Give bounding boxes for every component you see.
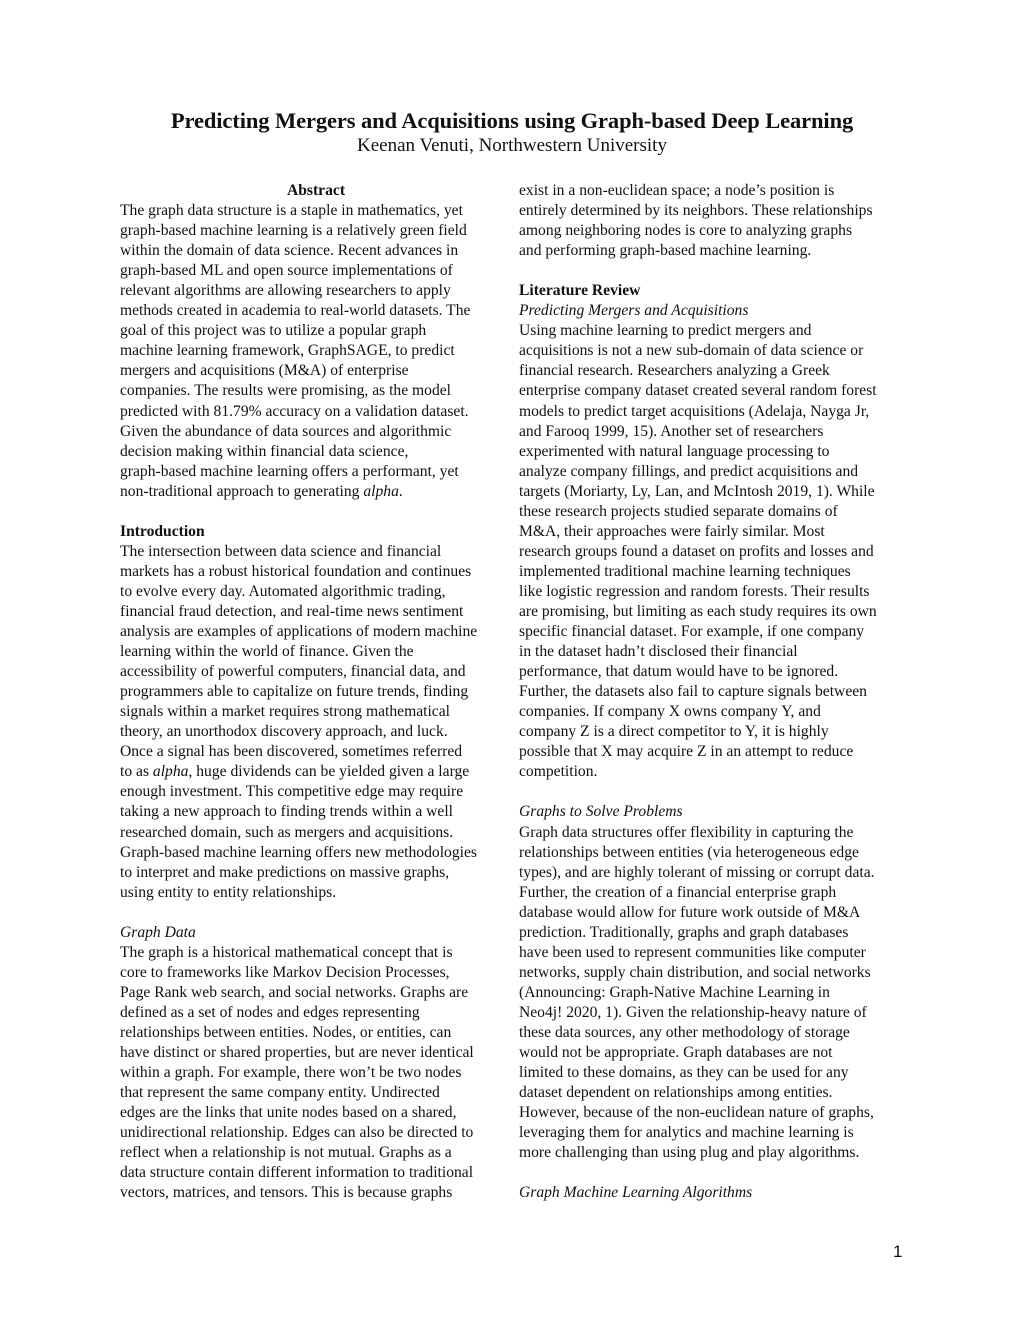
text-line: Once a signal has been discovered, somet…	[120, 742, 512, 762]
text-line: Page Rank web search, and social network…	[120, 983, 512, 1003]
text-line: graph-based ML and open source implement…	[120, 261, 512, 281]
text-line: in the dataset hadn’t disclosed their fi…	[519, 642, 911, 662]
text-line: machine learning framework, GraphSAGE, t…	[120, 341, 512, 361]
text-line: targets (Moriarty, Ly, Lan, and McIntosh…	[519, 482, 911, 502]
text-line: among neighboring nodes is core to analy…	[519, 221, 911, 241]
text-line: theory, an unorthodox discovery approach…	[120, 722, 512, 742]
text-line: Using machine learning to predict merger…	[519, 321, 911, 341]
text-line: relationships between entities (via hete…	[519, 843, 911, 863]
text-line: to evolve every day. Automated algorithm…	[120, 582, 512, 602]
predicting-ma-heading: Predicting Mergers and Acquisitions	[519, 301, 911, 321]
right-column: exist in a non-euclidean space; a node’s…	[519, 181, 911, 1203]
text-line: edges are the links that unite nodes bas…	[120, 1103, 512, 1123]
introduction-body-b: enough investment. This competitive edge…	[120, 782, 512, 902]
text-line: predicted with 81.79% accuracy on a vali…	[120, 402, 512, 422]
text-line: (Announcing: Graph-Native Machine Learni…	[519, 983, 911, 1003]
text-line: defined as a set of nodes and edges repr…	[120, 1003, 512, 1023]
text-line: vectors, matrices, and tensors. This is …	[120, 1183, 512, 1203]
abstract-text: non-traditional approach to generating	[120, 483, 363, 500]
text-line: The graph data structure is a staple in …	[120, 201, 512, 221]
text-line: like logistic regression and random fore…	[519, 582, 911, 602]
abstract-last-line: non-traditional approach to generating a…	[120, 482, 512, 502]
text-line: Graph data structures offer flexibility …	[519, 823, 911, 843]
text-line: reflect when a relationship is not mutua…	[120, 1143, 512, 1163]
text-line: to interpret and make predictions on mas…	[120, 863, 512, 883]
text-line: M&A, their approaches were fairly simila…	[519, 522, 911, 542]
introduction-heading: Introduction	[120, 522, 512, 542]
text-line: these data sources, any other methodolog…	[519, 1023, 911, 1043]
graphs-solve-problems-heading: Graphs to Solve Problems	[519, 802, 911, 822]
graphs-solve-problems-body: Graph data structures offer flexibility …	[519, 823, 911, 1164]
text-line: relationships between entities. Nodes, o…	[120, 1023, 512, 1043]
graph-ml-algorithms-heading: Graph Machine Learning Algorithms	[519, 1183, 911, 1203]
text-line: experimented with natural language proce…	[519, 442, 911, 462]
text-line: accessibility of powerful computers, fin…	[120, 662, 512, 682]
text-line: and performing graph-based machine learn…	[519, 241, 911, 261]
text-line: would not be appropriate. Graph database…	[519, 1043, 911, 1063]
text-line: implemented traditional machine learning…	[519, 562, 911, 582]
text-line: possible that X may acquire Z in an atte…	[519, 742, 911, 762]
text-line: more challenging than using plug and pla…	[519, 1143, 911, 1163]
text-line: types), and are highly tolerant of missi…	[519, 863, 911, 883]
text-line: within the domain of data science. Recen…	[120, 241, 512, 261]
page-number: 1	[893, 1242, 902, 1262]
paper-title: Predicting Mergers and Acquisitions usin…	[0, 108, 1024, 134]
text-line: signals within a market requires strong …	[120, 702, 512, 722]
graph-data-heading: Graph Data	[120, 923, 512, 943]
text-line: markets has a robust historical foundati…	[120, 562, 512, 582]
introduction-body-a: The intersection between data science an…	[120, 542, 512, 763]
graph-data-continuation: exist in a non-euclidean space; a node’s…	[519, 181, 911, 261]
text-line: Graph-based machine learning offers new …	[120, 843, 512, 863]
text-line: using entity to entity relationships.	[120, 883, 512, 903]
text-line: Further, the creation of a financial ent…	[519, 883, 911, 903]
text-line: unidirectional relationship. Edges can a…	[120, 1123, 512, 1143]
abstract-heading: Abstract	[120, 181, 512, 201]
abstract-text: .	[399, 483, 403, 500]
predicting-ma-body: Using machine learning to predict merger…	[519, 321, 911, 782]
text-line: analyze company fillings, and predict ac…	[519, 462, 911, 482]
graph-data-body: The graph is a historical mathematical c…	[120, 943, 512, 1204]
text-line: entirely determined by its neighbors. Th…	[519, 201, 911, 221]
text-line: core to frameworks like Markov Decision …	[120, 963, 512, 983]
text-line: specific financial dataset. For example,…	[519, 622, 911, 642]
text-line: have distinct or shared properties, but …	[120, 1043, 512, 1063]
introduction-text: , huge dividends can be yielded given a …	[188, 763, 469, 780]
text-line: learning within the world of finance. Gi…	[120, 642, 512, 662]
text-line: decision making within financial data sc…	[120, 442, 512, 462]
text-line: and Farooq 1999, 15). Another set of res…	[519, 422, 911, 442]
text-line: networks, supply chain distribution, and…	[519, 963, 911, 983]
text-line: exist in a non-euclidean space; a node’s…	[519, 181, 911, 201]
text-line: The intersection between data science an…	[120, 542, 512, 562]
text-line: have been used to represent communities …	[519, 943, 911, 963]
text-line: companies. If company X owns company Y, …	[519, 702, 911, 722]
introduction-alpha-line: to as alpha, huge dividends can be yield…	[120, 762, 512, 782]
text-line: limited to these domains, as they can be…	[519, 1063, 911, 1083]
introduction-text: to as	[120, 763, 153, 780]
text-line: that represent the same company entity. …	[120, 1083, 512, 1103]
text-line: However, because of the non-euclidean na…	[519, 1103, 911, 1123]
text-line: researched domain, such as mergers and a…	[120, 823, 512, 843]
text-line: leveraging them for analytics and machin…	[519, 1123, 911, 1143]
text-line: competition.	[519, 762, 911, 782]
text-line: models to predict target acquisitions (A…	[519, 402, 911, 422]
text-line: mergers and acquisitions (M&A) of enterp…	[120, 361, 512, 381]
literature-review-heading: Literature Review	[519, 281, 911, 301]
text-line: acquisitions is not a new sub-domain of …	[519, 341, 911, 361]
text-line: graph-based machine learning is a relati…	[120, 221, 512, 241]
text-line: enterprise company dataset created sever…	[519, 381, 911, 401]
text-line: are promising, but limiting as each stud…	[519, 602, 911, 622]
paper-author: Keenan Venuti, Northwestern University	[0, 134, 1024, 158]
text-line: research groups found a dataset on profi…	[519, 542, 911, 562]
alpha-term: alpha	[153, 763, 189, 780]
text-line: data structure contain different informa…	[120, 1163, 512, 1183]
text-line: methods created in academia to real-worl…	[120, 301, 512, 321]
alpha-term: alpha	[363, 483, 399, 500]
text-line: Further, the datasets also fail to captu…	[519, 682, 911, 702]
text-line: financial fraud detection, and real-time…	[120, 602, 512, 622]
abstract-body: The graph data structure is a staple in …	[120, 201, 512, 482]
text-line: taking a new approach to finding trends …	[120, 802, 512, 822]
left-column: Abstract The graph data structure is a s…	[120, 181, 512, 1203]
text-line: enough investment. This competitive edge…	[120, 782, 512, 802]
text-line: The graph is a historical mathematical c…	[120, 943, 512, 963]
text-line: Given the abundance of data sources and …	[120, 422, 512, 442]
text-line: financial research. Researchers analyzin…	[519, 361, 911, 381]
text-line: Neo4j! 2020, 1). Given the relationship-…	[519, 1003, 911, 1023]
text-line: companies. The results were promising, a…	[120, 381, 512, 401]
text-line: relevant algorithms are allowing researc…	[120, 281, 512, 301]
text-line: analysis are examples of applications of…	[120, 622, 512, 642]
text-line: performance, that datum would have to be…	[519, 662, 911, 682]
text-line: company Z is a direct competitor to Y, i…	[519, 722, 911, 742]
text-line: within a graph. For example, there won’t…	[120, 1063, 512, 1083]
text-line: goal of this project was to utilize a po…	[120, 321, 512, 341]
text-line: programmers able to capitalize on future…	[120, 682, 512, 702]
text-line: these research projects studied separate…	[519, 502, 911, 522]
text-line: graph-based machine learning offers a pe…	[120, 462, 512, 482]
text-line: database would allow for future work out…	[519, 903, 911, 923]
text-line: prediction. Traditionally, graphs and gr…	[519, 923, 911, 943]
text-line: dataset dependent on relationships among…	[519, 1083, 911, 1103]
